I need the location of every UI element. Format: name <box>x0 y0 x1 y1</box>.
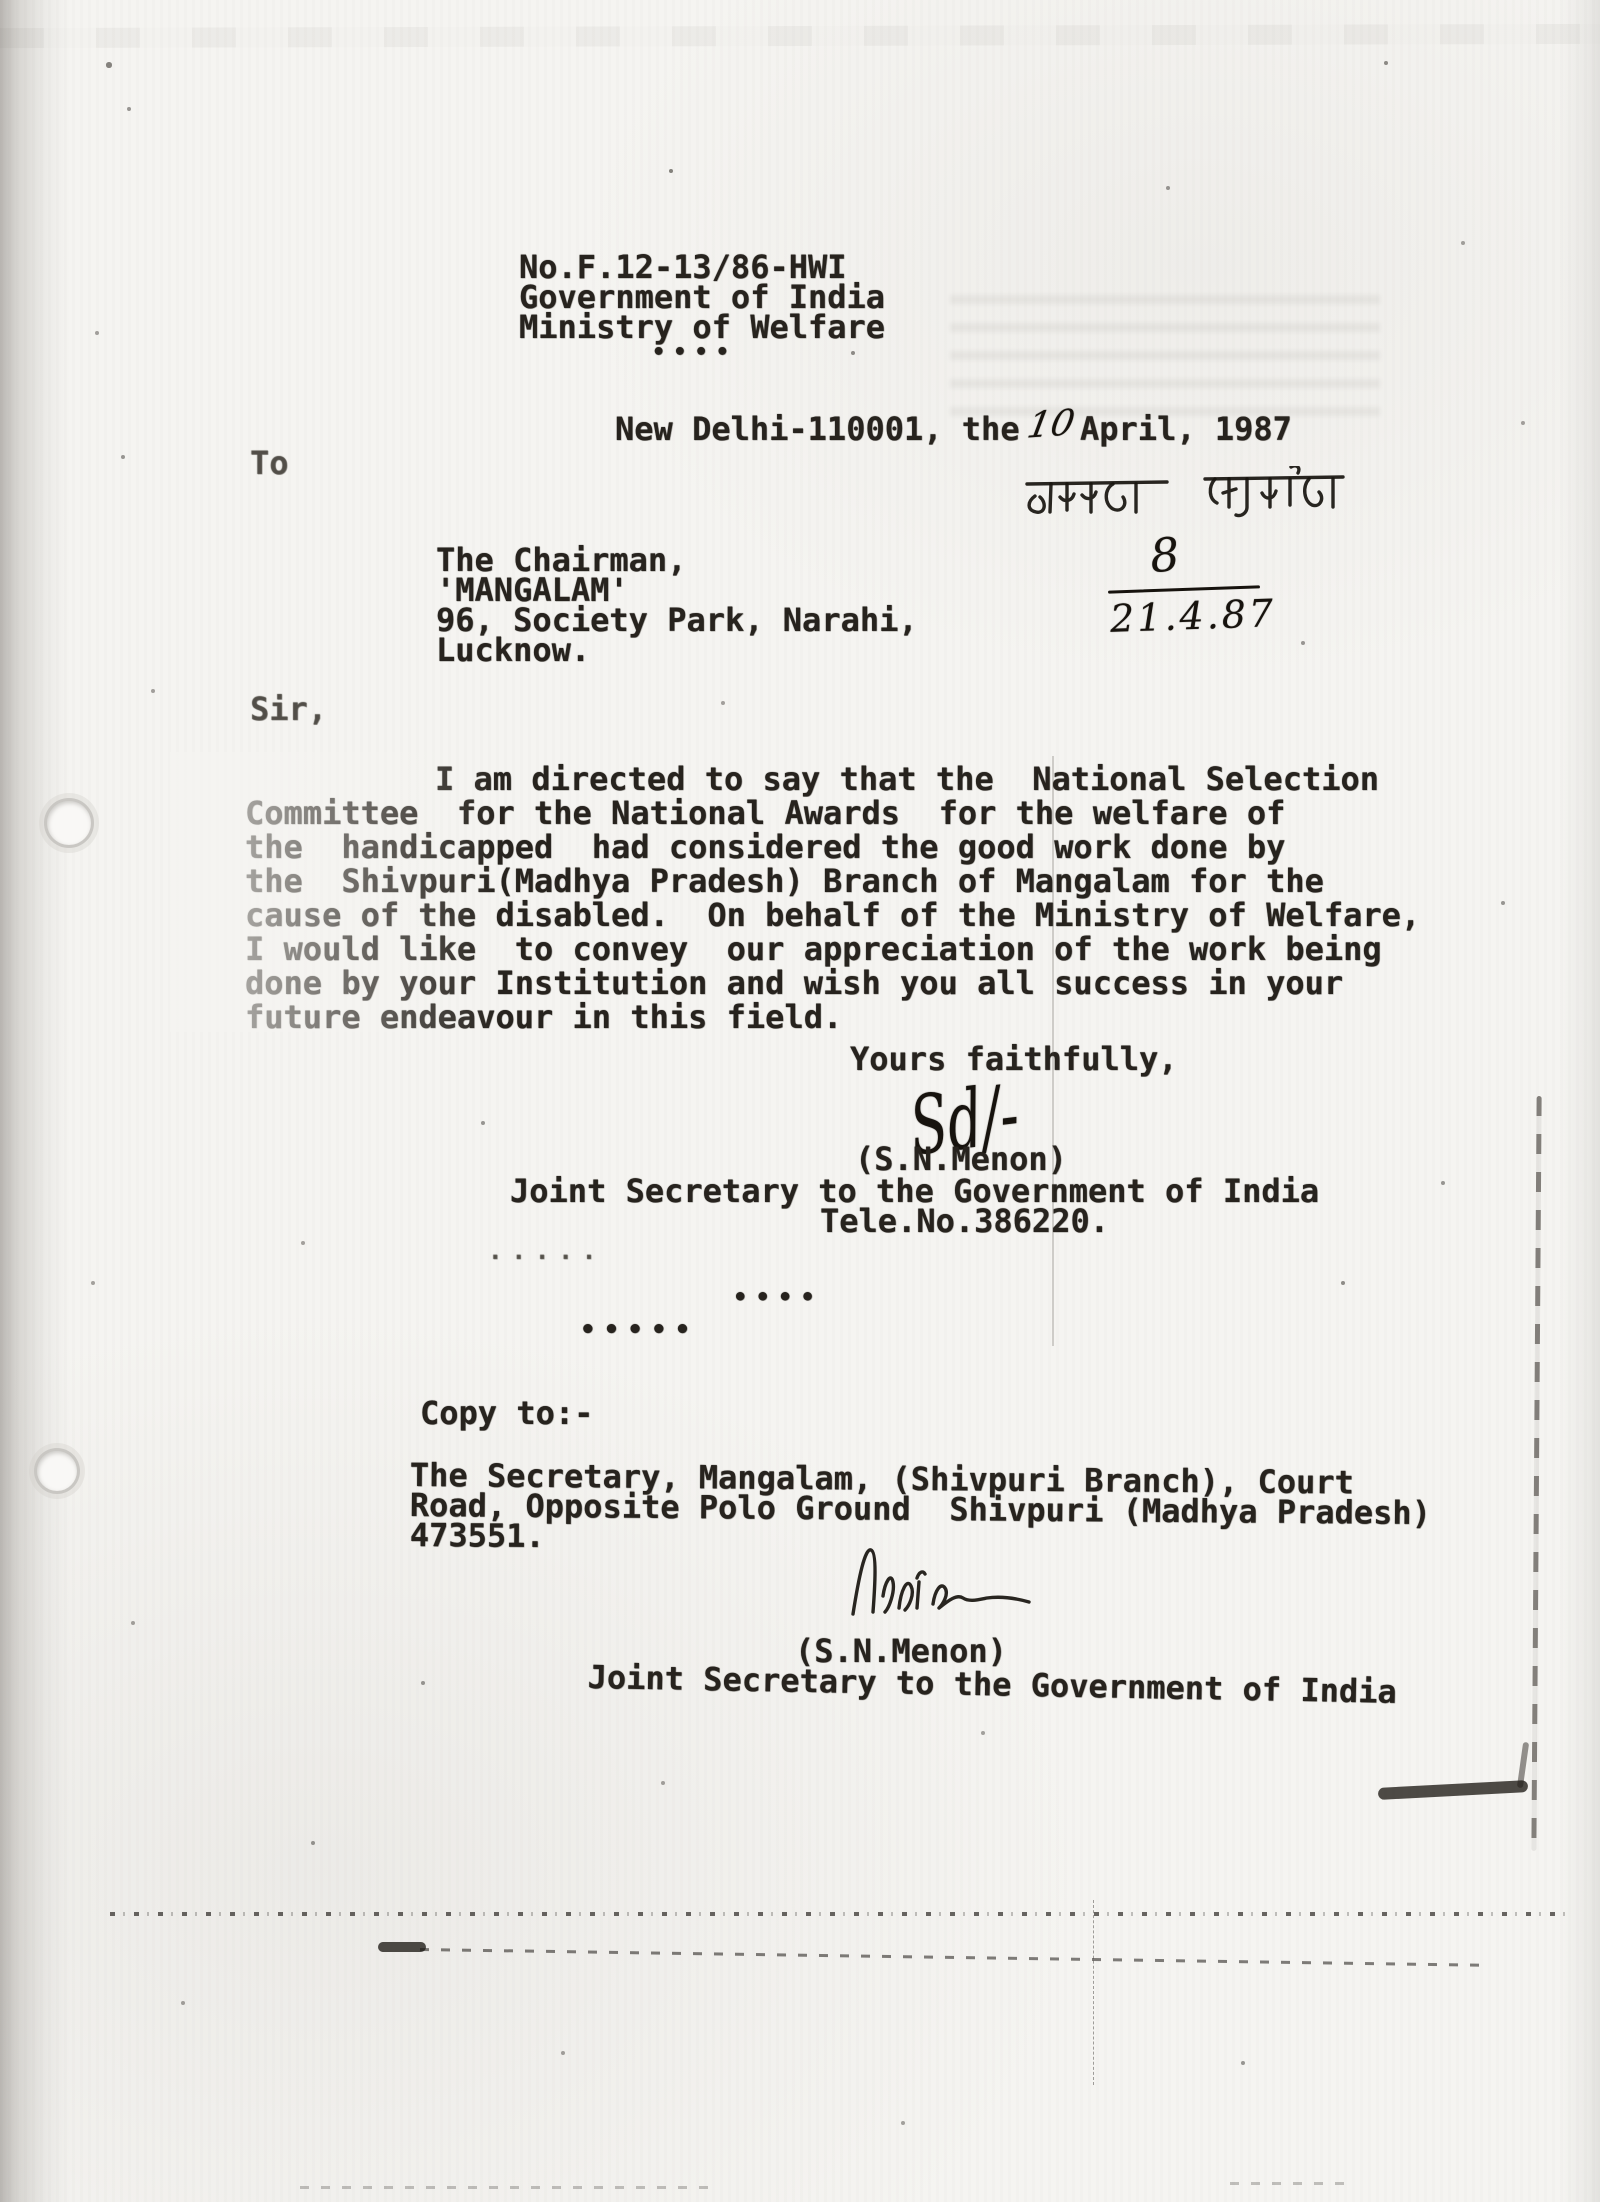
punch-hole-top <box>44 798 94 848</box>
to-label: To <box>250 446 289 480</box>
scan-noise-specks <box>0 0 2 2</box>
scan-artifact-broken-line <box>420 1948 1485 1967</box>
vertical-crease <box>1052 756 1054 1346</box>
scan-artifact-top-band <box>0 24 1600 48</box>
dots-row-2: ••••• <box>580 1313 698 1347</box>
body-line-4: the Shivpuri(Madhya Pradesh) Branch of M… <box>245 864 1324 898</box>
copy-line-3: 473551. <box>410 1520 545 1551</box>
scanned-letter-page: No.F.12-13/86-HWI Government of India Mi… <box>0 0 1600 2202</box>
body-line-2: Committee for the National Awards for th… <box>245 796 1285 830</box>
closing: Yours faithfully, <box>850 1042 1178 1076</box>
dateline-date: April, 1987 <box>1080 412 1292 446</box>
copy-to-heading: Copy to:- <box>420 1396 593 1430</box>
handwritten-fraction-numerator: 8 <box>1148 527 1182 583</box>
signatory-name: (S.N.Menon) <box>855 1142 1067 1176</box>
dots-row-1: •••• <box>733 1280 823 1314</box>
right-edge-streak <box>1531 1096 1541 1851</box>
scan-artifact-dotted-line <box>110 1912 1570 1916</box>
body-line-5: cause of the disabled. On behalf of the … <box>245 898 1420 932</box>
dateline-place: New Delhi-110001, the <box>615 412 1020 446</box>
right-edge-ink-tick <box>1517 1742 1529 1788</box>
handwritten-day: 10 <box>1024 402 1078 446</box>
scan-artifact-blob <box>378 1942 426 1952</box>
punch-hole-bottom <box>34 1448 80 1494</box>
bottom-edge-dashes-right <box>1230 2182 1350 2185</box>
signature-scribble <box>845 1540 1040 1634</box>
body-line-6: I would like to convey our appreciation … <box>245 932 1382 966</box>
body-line-3: the handicapped had considered the good … <box>245 830 1285 864</box>
devanagari-scribble <box>1015 466 1355 530</box>
dots-faint-row: ····· <box>488 1240 605 1274</box>
greeting: Sir, <box>250 692 327 726</box>
bottom-right-ink-blob <box>1378 1780 1528 1800</box>
body-line-1: I am directed to say that the National S… <box>435 762 1379 796</box>
devanagari-transcription: आवक क्रमांक <box>1355 466 1356 467</box>
ghost-bleedthrough-text <box>950 295 1380 425</box>
copy-signatory-title: Joint Secretary to the Government of Ind… <box>587 1660 1397 1709</box>
body-line-8: future endeavour in this field. <box>245 1000 842 1034</box>
header-separator-dots: •••• <box>652 336 737 370</box>
handwritten-fraction-date: 21.4.87 <box>1109 591 1276 641</box>
scan-artifact-vertical-dash <box>1093 1900 1094 2085</box>
body-line-7: done by your Institution and wish you al… <box>245 966 1343 1000</box>
handwritten-annotation-devanagari: आवक क्रमांक <box>1015 466 1355 534</box>
copy-line-2: Road, Opposite Polo Ground Shivpuri (Mad… <box>410 1490 1431 1528</box>
telephone-number: Tele.No.386220. <box>820 1204 1109 1238</box>
recipient-line-4: Lucknow. <box>436 635 590 665</box>
bottom-edge-dashes-left <box>300 2186 720 2189</box>
